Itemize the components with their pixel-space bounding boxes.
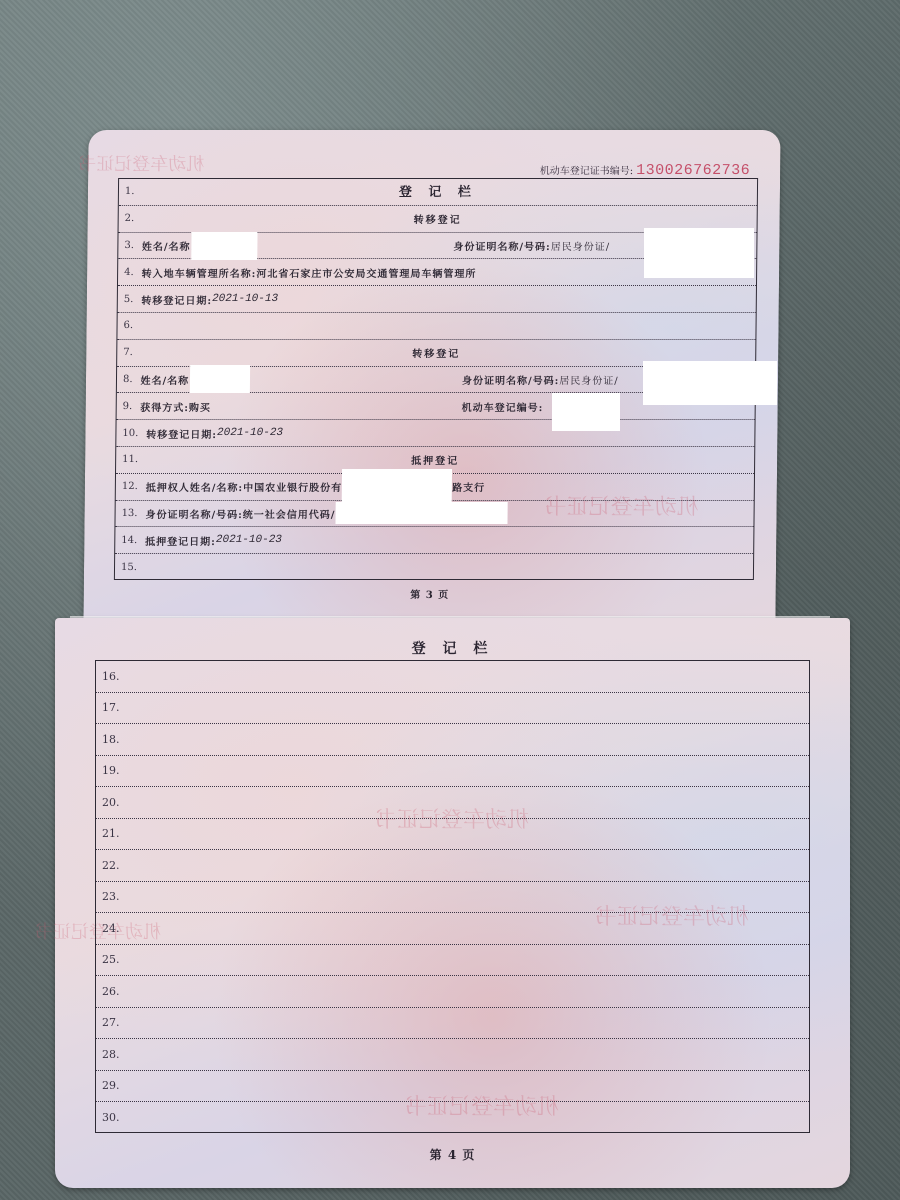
- table-row: 26.: [96, 976, 809, 1008]
- page-number: 第 3 页: [84, 586, 776, 601]
- row-number: 26.: [102, 985, 120, 998]
- table-row: 14. 抵押登记日期: 2021-10-23: [115, 527, 753, 554]
- transfer-office-value: 河北省石家庄市公安局交通管理局车辆管理所: [256, 265, 476, 280]
- row-number: 24.: [102, 922, 120, 935]
- table-row: 10. 转移登记日期: 2021-10-23: [116, 420, 754, 447]
- owner-name-label: 姓名/名称:: [140, 372, 194, 387]
- table-row: 1. 登 记 栏: [119, 179, 757, 206]
- table-row: 13. 身份证明名称/号码: 统一社会信用代码/: [115, 501, 753, 528]
- acquisition-method-label: 获得方式:: [140, 399, 189, 414]
- row-number: 21.: [102, 827, 120, 840]
- redacted-vehicle-reg-number: [552, 393, 620, 431]
- row-number: 17.: [102, 701, 120, 714]
- table-row: 28.: [96, 1039, 809, 1071]
- table-row: 18.: [96, 724, 809, 756]
- table-row: 22.: [96, 850, 809, 882]
- table-row: 23.: [96, 882, 809, 914]
- row-number: 22.: [102, 859, 120, 872]
- mortgage-date-label: 抵押登记日期:: [145, 533, 216, 548]
- table-row: 6.: [117, 313, 755, 340]
- redacted-id-number: [643, 361, 777, 405]
- mortgage-date-value: 2021-10-23: [216, 534, 282, 546]
- mortgagee-label: 抵押权人姓名/名称:: [146, 479, 244, 494]
- transfer-date-value: 2021-10-13: [212, 293, 278, 305]
- row-number: 14.: [121, 535, 137, 546]
- certificate-number: 机动车登记证书编号: 130026762736: [540, 162, 751, 179]
- table-row: 12. 抵押权人姓名/名称: 中国农业银行股份有 路支行: [116, 474, 754, 501]
- row-number: 23.: [102, 890, 120, 903]
- transfer-date-label: 转移登记日期:: [141, 292, 212, 307]
- mortgagee-value-suffix: 路支行: [452, 479, 485, 494]
- row-number: 18.: [102, 733, 120, 746]
- section-header: 登 记 栏: [119, 181, 757, 200]
- row-number: 9.: [123, 401, 133, 412]
- table-row: 15.: [115, 554, 753, 581]
- section-header: 登 记 栏: [55, 638, 850, 658]
- redacted-owner-name: [191, 232, 257, 260]
- section-title-mortgage: 抵押登记: [116, 452, 754, 467]
- certificate-number-label: 机动车登记证书编号:: [540, 162, 634, 177]
- table-row: 5. 转移登记日期: 2021-10-13: [118, 286, 756, 313]
- redacted-owner-name: [190, 365, 250, 393]
- certificate-number-value: 130026762736: [636, 162, 750, 179]
- row-number: 19.: [102, 764, 120, 777]
- row-number: 4.: [124, 267, 134, 278]
- section-title-transfer: 转移登记: [119, 211, 757, 226]
- table-row: 30.: [96, 1102, 809, 1134]
- row-number: 8.: [123, 374, 133, 385]
- page-4: 机动车登记证书 机动车登记证书 机动车登记证书 机动车登记证书 登 记 栏 16…: [55, 618, 850, 1188]
- row-number: 15.: [121, 562, 137, 573]
- row-number: 20.: [102, 796, 120, 809]
- id-doc-value: 居民身份证/: [559, 372, 619, 387]
- section-title-transfer: 转移登记: [117, 345, 755, 360]
- redacted-credit-code: [335, 502, 507, 524]
- owner-name-label: 姓名/名称:: [142, 238, 196, 253]
- row-number: 30.: [102, 1111, 120, 1124]
- table-row: 16.: [96, 661, 809, 693]
- row-number: 5.: [124, 294, 134, 305]
- row-number: 12.: [122, 481, 138, 492]
- row-number: 13.: [122, 508, 138, 519]
- table-row: 27.: [96, 1008, 809, 1040]
- mortgagee-id-label: 身份证明名称/号码:: [145, 506, 243, 521]
- table-row: 20.: [96, 787, 809, 819]
- table-row: 17.: [96, 693, 809, 725]
- mortgagee-id-value: 统一社会信用代码/: [243, 506, 336, 521]
- row-number: 16.: [102, 670, 120, 683]
- row-number: 3.: [124, 240, 134, 251]
- id-doc-label: 身份证明名称/号码:: [453, 238, 551, 253]
- id-doc-value: 居民身份证/: [551, 238, 611, 253]
- row-number: 28.: [102, 1048, 120, 1061]
- registration-table-page-4: 16. 17. 18. 19. 20. 21. 22. 23. 24. 25. …: [95, 660, 810, 1133]
- transfer-date-value: 2021-10-23: [217, 427, 283, 439]
- row-number: 10.: [122, 428, 138, 439]
- watermark-text: 机动车登记证书: [78, 150, 204, 176]
- row-number: 25.: [102, 953, 120, 966]
- table-row: 25.: [96, 945, 809, 977]
- table-row: 21.: [96, 819, 809, 851]
- id-doc-label: 身份证明名称/号码:: [462, 372, 560, 387]
- page-number: 第 4 页: [55, 1146, 850, 1163]
- row-number: 27.: [102, 1016, 120, 1029]
- row-number: 6.: [123, 320, 133, 331]
- table-row: 24.: [96, 913, 809, 945]
- acquisition-method-value: 购买: [189, 399, 211, 414]
- transfer-office-label: 转入地车辆管理所名称:: [142, 265, 257, 280]
- redacted-id-number: [644, 228, 754, 278]
- row-number: 29.: [102, 1079, 120, 1092]
- table-row: 29.: [96, 1071, 809, 1103]
- redacted-mortgagee: [342, 469, 452, 505]
- vehicle-reg-number-label: 机动车登记编号:: [462, 399, 544, 414]
- mortgagee-value: 中国农业银行股份有: [243, 479, 342, 494]
- table-row: 19.: [96, 756, 809, 788]
- transfer-date-label: 转移登记日期:: [146, 426, 217, 441]
